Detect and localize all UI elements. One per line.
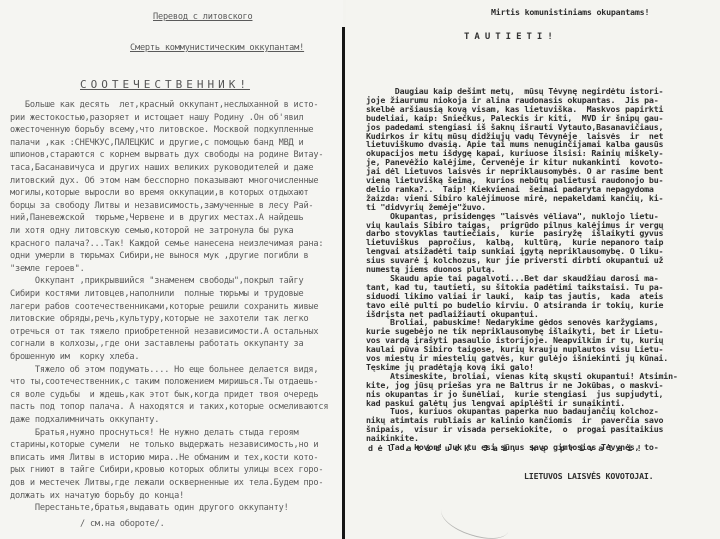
text-line: Оккупант ,прикрывшийся "знаменем свободы… (10, 276, 303, 286)
text-line: борцы за свободу Литвы и независимость,з… (10, 201, 313, 211)
text-line: Братья,нужно проснуться! Не нужно делать… (10, 428, 299, 438)
text-line: что ты,соотечественник,с таким положение… (10, 377, 318, 387)
text-line: Больше как десять лет,красный оккупант,н… (10, 100, 318, 110)
text-line: пасть под топор палача. А находятся и та… (10, 402, 328, 412)
text-line: таса,Басанавичуса и других наших великих… (10, 163, 313, 173)
text-line: должать их начатую борьбу до конца! (10, 491, 184, 501)
text-line: рии жестокостью,разоряет и истощает нашу… (10, 113, 303, 123)
text-line: "земле героев". (10, 264, 85, 274)
text-line: палачи ,как :СНЕЧКУС,ПАЛЕЦКИС и другие,с… (10, 138, 303, 148)
text-line: брошенную им корку хлеба. (10, 352, 139, 362)
text-line: литовские обряды,речь,культуру,которые н… (10, 314, 308, 324)
text-line: рых гниют в тайге Сибири,кровью которых … (10, 465, 323, 475)
text-line: согнали в колхозы,,где они заставлены ра… (10, 339, 303, 349)
russian-translation-page: Перевод с литовского Смерть коммунистиче… (0, 0, 343, 539)
text-line: ли хотя одну литовскую семью,которой не … (10, 226, 294, 236)
text-line: Сибири костями литовцев,наполнили полные… (10, 289, 303, 299)
slogan: Mirtis komunistiniams okupantams! (491, 7, 649, 17)
text-line: ний,Паневежской тюрьме,Червене и в други… (10, 213, 303, 223)
text-line: лагери рабов соотечественниками,которые … (10, 302, 318, 312)
text-line: вписать имя Литвы в историю мира..Не обм… (10, 453, 318, 463)
text-line: шпионов,стараются с корнем вырвать дух с… (10, 150, 323, 160)
text-line: старины,которые сумели не только выдержа… (10, 440, 318, 450)
lithuanian-original-page: Mirtis komunistiniams okupantams! TAUTIE… (346, 0, 720, 539)
text-line: литовский дух. Об этом нам бесспорно пок… (10, 176, 318, 186)
text-line: отречься от так тяжело приобретенной нез… (10, 327, 318, 337)
page-title: TAUTIETI! (464, 32, 558, 42)
signature: LIETUVOS LAISVĖS KOVOTOJAI. (524, 471, 653, 481)
page-divider (342, 27, 345, 539)
text-line: одни умерли в тюрьмах Сибири,не вынося м… (10, 251, 308, 261)
text-line: красного палача?...Так! Каждой семье нан… (10, 239, 323, 249)
text-line: Тяжело об этом подумать.... Но еще больн… (10, 365, 318, 375)
text-line: даже подхалимничать оккупанту. (10, 415, 159, 425)
translation-header: Перевод с литовского (153, 12, 252, 22)
page-title: СООТЕЧЕСТВЕННИК! (80, 78, 250, 91)
slogan: Смерть коммунистическим оккупантам! (130, 43, 304, 53)
text-line: дов и местечек Литвы,где лежали оскверне… (10, 478, 323, 488)
see-reverse-note: / см.на обороте/. (80, 519, 165, 529)
text-line: ожесточенную борьбу всему,что литовское.… (10, 125, 313, 135)
text-line: могилы,которые выросли во время оккупаци… (10, 188, 308, 198)
text-line: ся воле судьбы и ждешь,как этот бык,когд… (10, 390, 318, 400)
closing-line: dėl atiduok Jai, ką privalai! (368, 443, 646, 453)
text-line: Перестаньте,братья,выдавать один другого… (10, 503, 289, 513)
